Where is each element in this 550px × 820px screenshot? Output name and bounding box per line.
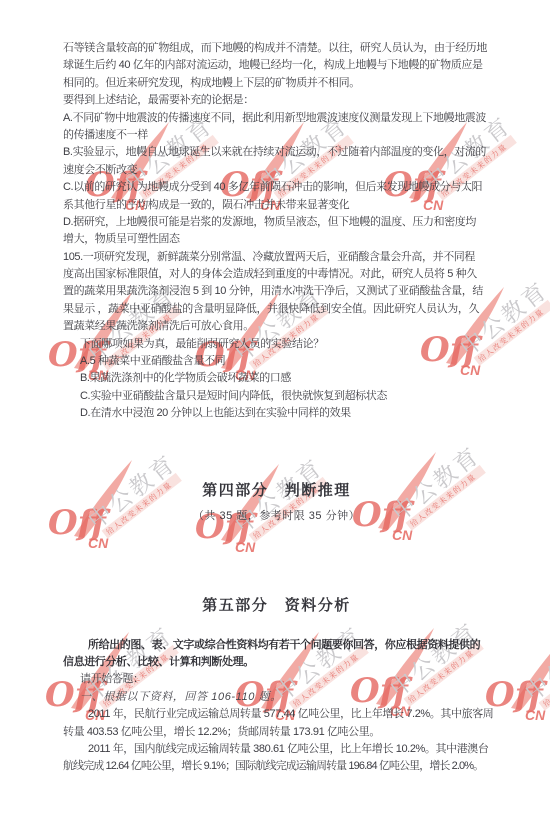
option-105-A: A.5 种蔬菜中亚硝酸盐含量不同 — [63, 353, 490, 370]
option-104-A: 的传播速度不一样 — [63, 127, 490, 144]
option-104-D: D.据研究，上地幔很可能是岩浆的发源地，物质呈液态，但下地幔的温度、压力和密度均 — [63, 214, 490, 231]
offcn-logo-cn: CN — [525, 707, 546, 723]
option-104-C: 系其他行星的平均构成是一致的，陨石冲击并未带来显著变化 — [63, 197, 490, 214]
question-105-body: 置的蔬菜用果蔬洗涤剂浸泡 5 到 10 分钟，用清水冲洗干净后，又测试了亚硝酸盐… — [63, 283, 490, 300]
begin-answer-note: 请开始答题： — [63, 671, 490, 688]
document-content: 石等镁含量较高的矿物组成，而下地幔的构成并不清楚。以往，研究人员认为，由于经历地… — [63, 40, 490, 776]
part5-instructions: 所给出的图、表、文字或综合性资料均有若干个问题要你回答，你应根据资料提供的 — [63, 637, 490, 654]
part5-instructions: 信息进行分析、比较、计算和判断处理。 — [63, 654, 490, 671]
option-104-C: C.以前的研究认为地幔成分受到 40 多亿年前陨石冲击的影响，但后来发现地幔成分… — [63, 179, 490, 196]
material-1-para: 转量 403.53 亿吨公里，增长 12.2%；货邮周转量 173.91 亿吨公… — [63, 724, 490, 741]
question-105-stem: 下面哪项如果为真，最能削弱研究人员的实验结论？ — [63, 336, 490, 353]
option-104-B: B.实验显示，地幔自从地球诞生以来就在持续对流运动，不过随着内部温度的变化，对流… — [63, 144, 490, 161]
option-105-D: D.在清水中浸泡 20 分钟以上也能达到在实验中同样的效果 — [63, 405, 490, 422]
passage-104-line: 石等镁含量较高的矿物组成，而下地幔的构成并不清楚。以往，研究人员认为，由于经历地 — [63, 40, 490, 57]
option-104-B: 速度会不断改变 — [63, 162, 490, 179]
question-104-stem: 要得到上述结论，最需要补充的论据是： — [63, 92, 490, 109]
part5-title: 第五部分 资料分析 — [63, 596, 490, 616]
question-105-body: 105.一项研究发现，新鲜蔬菜分别常温、冷藏放置两天后，亚硝酸含量会升高，并不同… — [63, 249, 490, 266]
part4-subtitle: （共 35 题，参考时限 35 分钟） — [63, 508, 490, 525]
material-1-heading: 一、根据以下资料，回答 106-110 题。 — [63, 689, 490, 706]
exam-page: OffCN中公教育给人改变未来的力量OffCN中公教育给人改变未来的力量OffC… — [0, 0, 550, 820]
question-105-body: 度高出国家标准限值，对人的身体会造成轻到重度的中毒情况。对此，研究人员将 5 种… — [63, 266, 490, 283]
question-105-body: 果显示 ，蔬菜中亚硝酸盐的含量明显降低，并很快降低到安全值。因此研究人员认为，久 — [63, 301, 490, 318]
material-1-para: 2011 年，民航行业完成运输总周转量 577.44 亿吨公里，比上年增长 7.… — [63, 706, 490, 723]
material-1-para: 航线完成 12.64 亿吨公里，增长 9.1%；国际航线完成运输周转量 196.… — [63, 758, 490, 775]
option-104-A: A.不同矿物中地震波的传播速度不同，据此利用新型地震波速度仪测量发现上下地幔地震… — [63, 110, 490, 127]
question-105-body: 置蔬菜经果蔬洗涤剂清洗后可放心食用。 — [63, 318, 490, 335]
offcn-watermark: OffCN中公教育给人改变未来的力量 — [485, 620, 550, 730]
passage-104-line: 球诞生后约 40 亿年的内部对流运动，地幔已经均一化，构成上地幔与下地幔的矿物质… — [63, 57, 490, 74]
passage-104-line: 相同的。但近来研究发现，构成地幔上下层的矿物质并不相同。 — [63, 75, 490, 92]
option-105-C: C.实验中亚硝酸盐含量只是短时间内降低，很快就恢复到超标状态 — [63, 388, 490, 405]
option-104-D: 增大，物质呈可塑性固态 — [63, 231, 490, 248]
part4-title: 第四部分 判断推理 — [63, 481, 490, 501]
material-1-para: 2011 年，国内航线完成运输周转量 380.61 亿吨公里，比上年增长 10.… — [63, 741, 490, 758]
option-105-B: B.果蔬洗涤剂中的化学物质会破坏蔬菜的口感 — [63, 370, 490, 387]
